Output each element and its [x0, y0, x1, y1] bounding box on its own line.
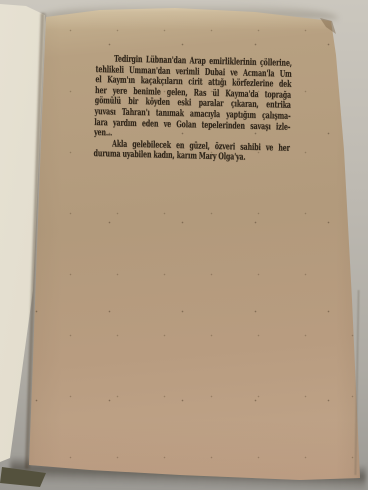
- dedication-paragraph-1: Tedirgin Lübnan'dan Arap emirliklerinin …: [94, 54, 292, 144]
- book-photo: Tedirgin Lübnan'dan Arap emirliklerinin …: [0, 0, 368, 490]
- dedication-text: Tedirgin Lübnan'dan Arap emirliklerinin …: [93, 54, 292, 165]
